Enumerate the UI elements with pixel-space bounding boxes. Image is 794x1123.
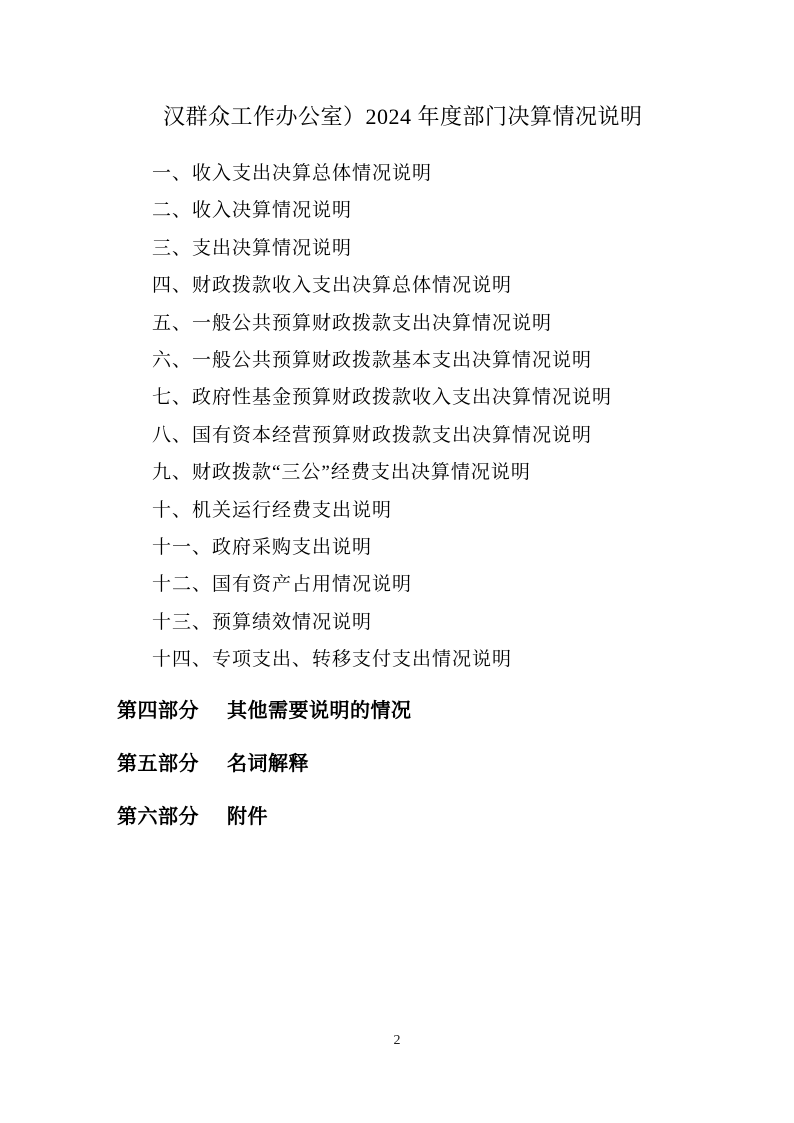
toc-item-4: 四、财政拨款收入支出决算总体情况说明 (152, 267, 612, 304)
section-heading-part4: 第四部分其他需要说明的情况 (117, 700, 412, 722)
toc-item-12: 十二、国有资产占用情况说明 (152, 566, 612, 603)
section-heading-part5: 第五部分名词解释 (117, 753, 309, 775)
section-label: 第四部分 (117, 700, 199, 722)
toc-item-14: 十四、专项支出、转移支付支出情况说明 (152, 641, 612, 678)
toc-item-11: 十一、政府采购支出说明 (152, 529, 612, 566)
section-label: 第五部分 (117, 753, 199, 775)
toc-item-2: 二、收入决算情况说明 (152, 192, 612, 229)
toc-item-6: 六、一般公共预算财政拨款基本支出决算情况说明 (152, 342, 612, 379)
section-title: 名词解释 (227, 753, 309, 775)
section-title: 附件 (227, 806, 268, 828)
section-title: 其他需要说明的情况 (227, 700, 412, 722)
page-number: 2 (0, 1033, 794, 1049)
toc-item-10: 十、机关运行经费支出说明 (152, 492, 612, 529)
document-title: 汉群众工作办公室）2024 年度部门决算情况说明 (163, 104, 643, 130)
toc-item-13: 十三、预算绩效情况说明 (152, 604, 612, 641)
toc-item-1: 一、收入支出决算总体情况说明 (152, 155, 612, 192)
section-heading-part6: 第六部分附件 (117, 806, 268, 828)
toc-list: 一、收入支出决算总体情况说明 二、收入决算情况说明 三、支出决算情况说明 四、财… (152, 155, 612, 679)
document-page: 汉群众工作办公室）2024 年度部门决算情况说明 一、收入支出决算总体情况说明 … (0, 0, 794, 1123)
toc-item-7: 七、政府性基金预算财政拨款收入支出决算情况说明 (152, 379, 612, 416)
toc-item-5: 五、一般公共预算财政拨款支出决算情况说明 (152, 305, 612, 342)
toc-item-9: 九、财政拨款“三公”经费支出决算情况说明 (152, 454, 612, 491)
toc-item-3: 三、支出决算情况说明 (152, 230, 612, 267)
section-label: 第六部分 (117, 806, 199, 828)
toc-item-8: 八、国有资本经营预算财政拨款支出决算情况说明 (152, 417, 612, 454)
